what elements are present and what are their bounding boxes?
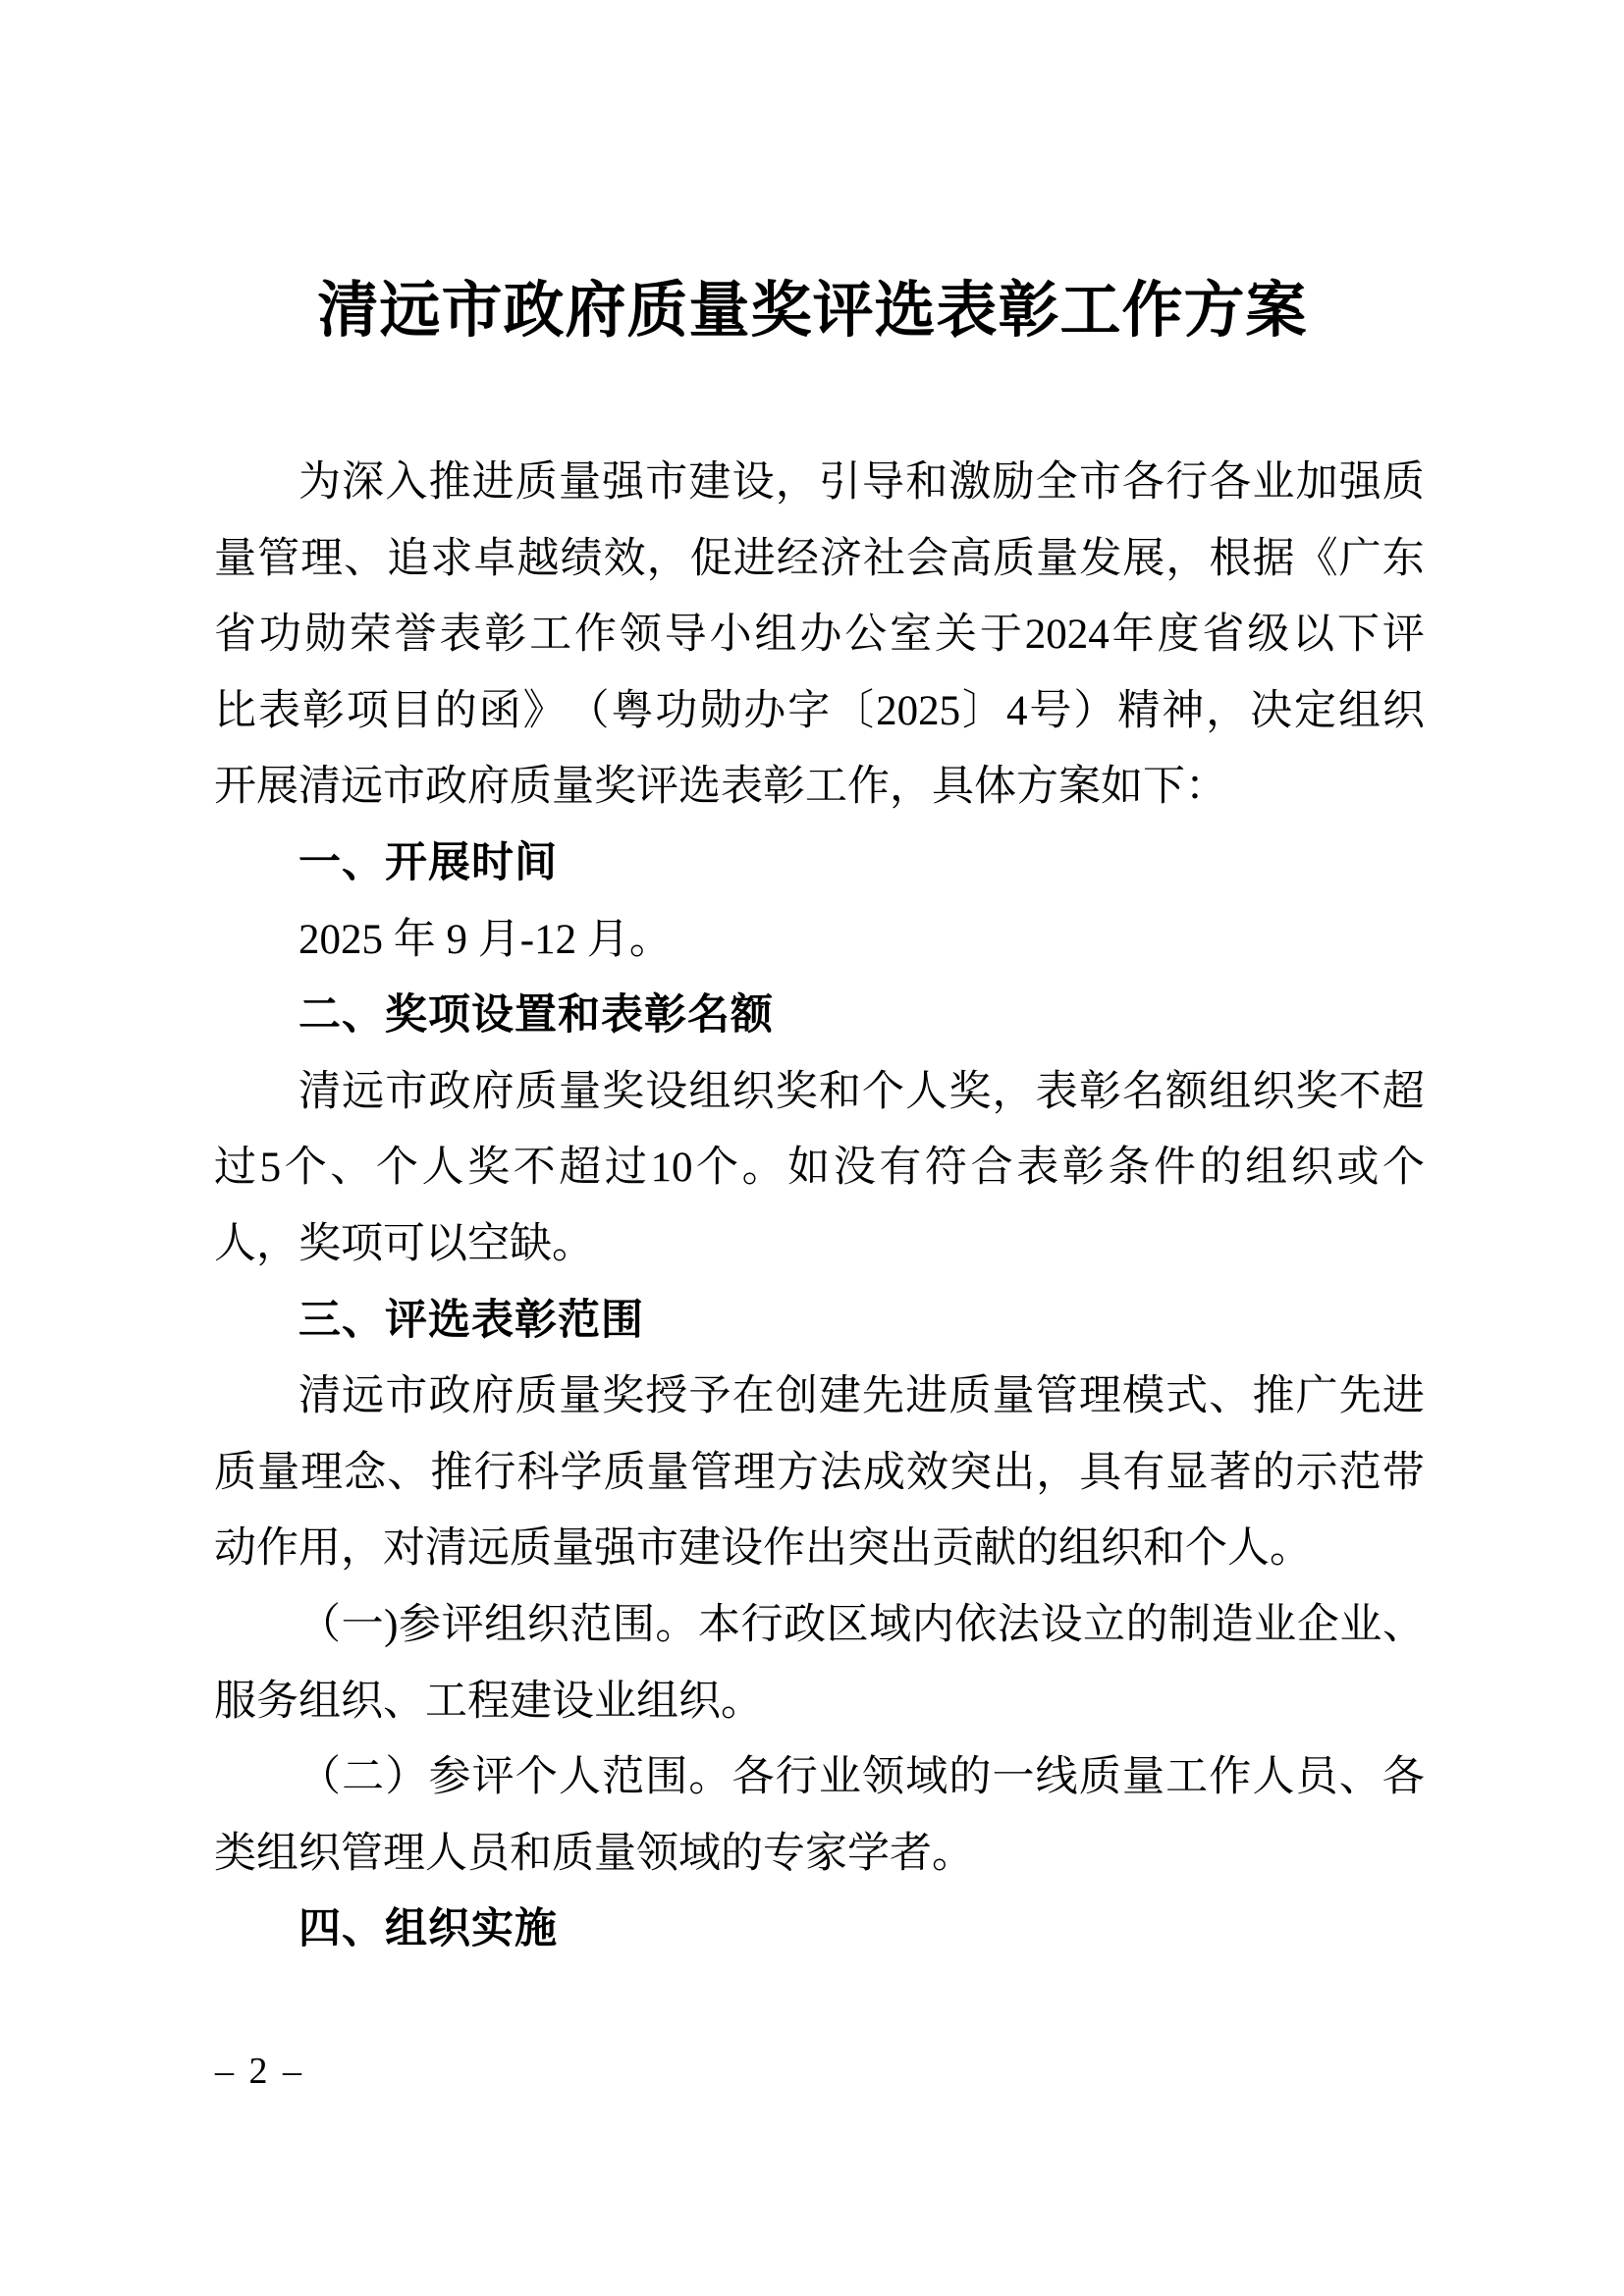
- text-line: 省功勋荣誉表彰工作领导小组办公室关于2024年度省级以下评: [214, 597, 1425, 673]
- document-page: 清远市政府质量奖评选表彰工作方案 为深入推进质量强市建设，引导和激励全市各行各业…: [0, 0, 1624, 2296]
- text-line: 过5个、个人奖不超过10个。如没有符合表彰条件的组织或个: [214, 1130, 1425, 1206]
- text-line: （一)参评组织范围。本行政区域内依法设立的制造业企业、: [214, 1587, 1425, 1664]
- text-line: 清远市政府质量奖授予在创建先进质量管理模式、推广先进: [214, 1359, 1425, 1435]
- page-number: – 2 –: [215, 2048, 304, 2095]
- text-line: 开展清远市政府质量奖评选表彰工作，具体方案如下：: [214, 749, 1425, 826]
- section-heading: 二、奖项设置和表彰名额: [214, 978, 1425, 1054]
- text-line: 为深入推进质量强市建设，引导和激励全市各行各业加强质: [214, 445, 1425, 521]
- text-line: 清远市政府质量奖设组织奖和个人奖，表彰名额组织奖不超: [214, 1054, 1425, 1131]
- text-line: 质量理念、推行科学质量管理方法成效突出，具有显著的示范带: [214, 1435, 1425, 1512]
- text-line: 比表彰项目的函》（粤功勋办字〔2025〕4号）精神，决定组织: [214, 673, 1425, 750]
- text-line: 动作用，对清远质量强市建设作出突出贡献的组织和个人。: [214, 1511, 1425, 1587]
- document-title: 清远市政府质量奖评选表彰工作方案: [207, 271, 1418, 351]
- text-line: 服务组织、工程建设业组织。: [214, 1664, 1425, 1740]
- text-line: 人，奖项可以空缺。: [214, 1206, 1425, 1283]
- text-line: 量管理、追求卓越绩效，促进经济社会高质量发展，根据《广东: [214, 521, 1425, 598]
- text-line: 2025 年 9 月-12 月。: [214, 902, 1425, 979]
- section-heading: 四、组织实施: [214, 1892, 1425, 1968]
- text-line: （二）参评个人范围。各行业领域的一线质量工作人员、各: [214, 1739, 1425, 1816]
- section-heading: 三、评选表彰范围: [214, 1283, 1425, 1360]
- section-heading: 一、开展时间: [214, 826, 1425, 902]
- document-body: 为深入推进质量强市建设，引导和激励全市各行各业加强质量管理、追求卓越绩效，促进经…: [214, 445, 1425, 1968]
- text-line: 类组织管理人员和质量领域的专家学者。: [214, 1816, 1425, 1893]
